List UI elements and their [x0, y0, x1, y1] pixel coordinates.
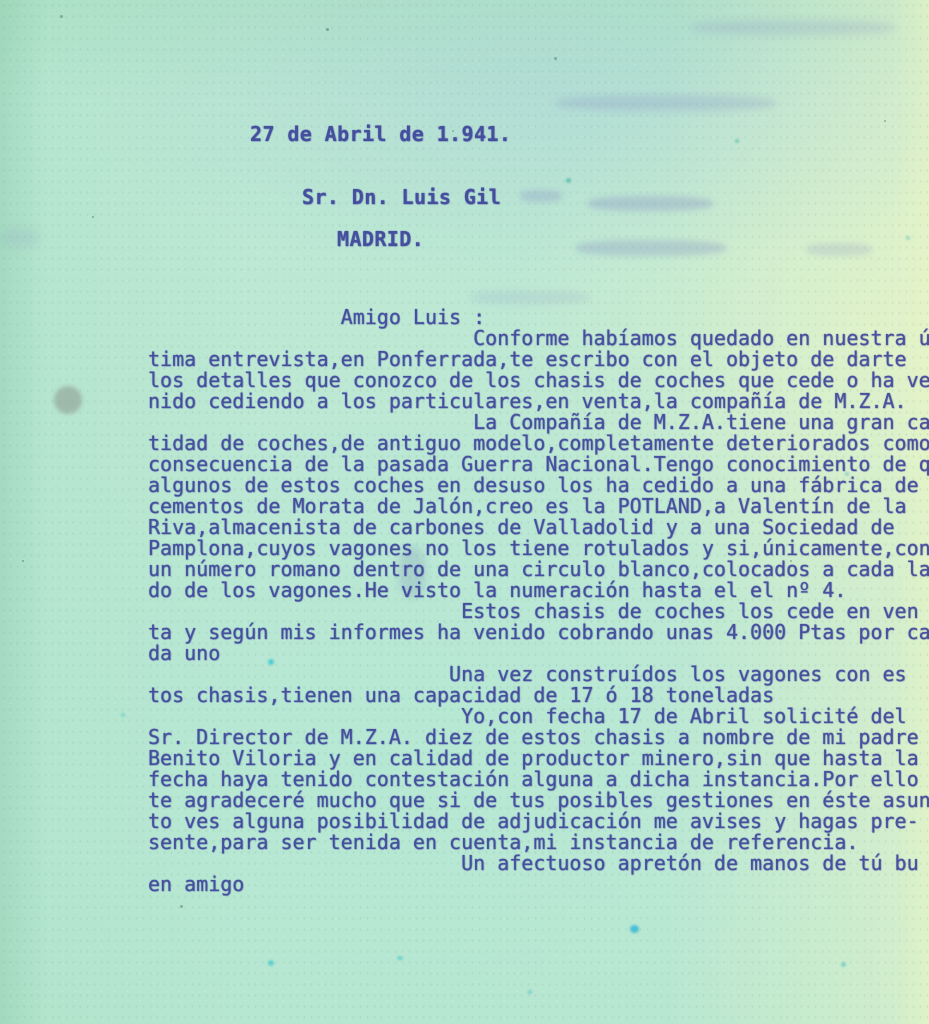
letter-line: Yo,con fecha 17 de Abril solicité del	[148, 706, 929, 727]
letter-line: Conforme habíamos quedado en nuestra úl	[148, 328, 929, 349]
letter-line: fecha haya tenido contestación alguna a …	[148, 769, 929, 790]
letter-line: Una vez construídos los vagones con es	[148, 664, 929, 685]
ink-bleedthrough-smudge	[576, 240, 726, 256]
letter-line: consecuencia de la pasada Guerra Naciona…	[148, 454, 929, 475]
letter-line: un número romano dentro de una circulo b…	[148, 559, 929, 580]
letter-line: tidad de coches,de antiguo modelo,comple…	[148, 433, 929, 454]
letter-line: to ves alguna posibilidad de adjudicació…	[148, 811, 929, 832]
letter-line: do de los vagones.He visto la numeración…	[148, 580, 929, 601]
ink-bleedthrough-smudge	[470, 291, 590, 304]
paper-fleck	[60, 15, 63, 18]
ink-speck	[528, 990, 532, 994]
letter-line: algunos de estos coches en desuso los ha…	[148, 475, 929, 496]
letter-addressee: Sr. Dn. Luis Gil	[302, 186, 501, 208]
letter-line: Riva,almacenista de carbones de Valladol…	[148, 517, 929, 538]
paper-fleck	[326, 28, 329, 31]
letter-line: La Compañía de M.Z.A.tiene una gran can	[148, 412, 929, 433]
letter-line: da uno	[148, 643, 929, 664]
letter-line: nido cediendo a los particulares,en vent…	[148, 391, 929, 412]
letter-line: Un afectuoso apretón de manos de tú bu	[148, 853, 929, 874]
letter-line: en amigo	[148, 874, 929, 895]
letter-body: Amigo Luis : Conforme habíamos quedado e…	[148, 307, 929, 895]
ink-speck	[735, 139, 739, 143]
paper-fleck	[22, 560, 24, 562]
paper-fleck	[884, 120, 886, 122]
letter-city: MADRID.	[337, 228, 424, 250]
ink-speck	[121, 713, 125, 717]
letter-line: tos chasis,tienen una capacidad de 17 ó …	[148, 685, 929, 706]
ink-bleedthrough-smudge	[690, 20, 895, 35]
letter-line: te agradeceré mucho que si de tus posibl…	[148, 790, 929, 811]
letter-page: 27 de Abril de 1.941. Sr. Dn. Luis Gil M…	[0, 0, 929, 1024]
ink-speck	[630, 925, 639, 933]
paper-fleck	[180, 905, 183, 908]
letter-line: Amigo Luis :	[148, 307, 929, 328]
paper-fleck	[554, 57, 557, 60]
letter-line: ta y según mis informes ha venido cobran…	[148, 622, 929, 643]
letter-line: los detalles que conozco de los chasis d…	[148, 370, 929, 391]
letter-line: Pamplona,cuyos vagones no los tiene rotu…	[148, 538, 929, 559]
letter-line: tima entrevista,en Ponferrada,te escribo…	[148, 349, 929, 370]
ink-speck	[841, 962, 846, 967]
ink-speck	[397, 956, 403, 960]
letter-line: Estos chasis de coches los cede en ven	[148, 601, 929, 622]
paper-fleck	[54, 386, 82, 414]
ink-bleedthrough-smudge	[0, 228, 40, 248]
letter-line: Benito Viloria y en calidad de productor…	[148, 748, 929, 769]
ink-bleedthrough-smudge	[588, 196, 713, 211]
ink-speck	[906, 236, 910, 240]
ink-bleedthrough-smudge	[806, 243, 872, 256]
paper-fleck	[92, 216, 94, 218]
letter-line: sente,para ser tenida en cuenta,mi insta…	[148, 832, 929, 853]
ink-speck	[566, 178, 571, 183]
letter-date: 27 de Abril de 1.941.	[250, 123, 511, 145]
ink-bleedthrough-smudge	[556, 95, 776, 111]
ink-speck	[268, 960, 274, 966]
letter-line: Sr. Director de M.Z.A. diez de estos cha…	[148, 727, 929, 748]
letter-line: cementos de Morata de Jalón,creo es la P…	[148, 496, 929, 517]
ink-bleedthrough-smudge	[520, 190, 562, 202]
